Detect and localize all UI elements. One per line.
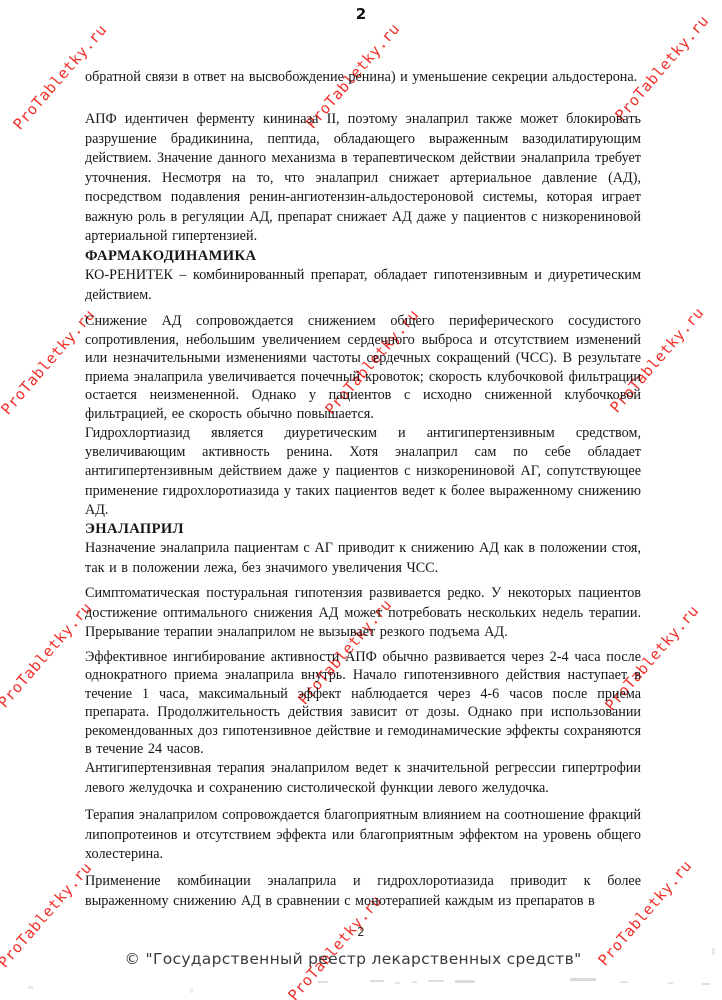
scan-artifact: [428, 980, 444, 982]
scan-artifact: [570, 978, 596, 981]
scan-artifact: [702, 983, 710, 985]
scan-artifact: [395, 982, 400, 984]
scan-artifact: [668, 982, 673, 984]
footer-state-registry: © "Государственный реестр лекарственных …: [0, 950, 706, 968]
watermark-protabletky: ProTabletky.ru: [0, 306, 99, 419]
scan-artifact: [318, 981, 328, 983]
heading-enalapril: ЭНАЛАПРИЛ: [85, 521, 641, 538]
scan-artifact: [455, 980, 475, 983]
scan-artifact: [712, 948, 715, 955]
page-number-bottom: 2: [0, 925, 722, 939]
body-paragraph-renin-feedback: обратной связи в ответ на высвобождение …: [85, 68, 641, 88]
heading-pharmacodynamics: ФАРМАКОДИНАМИКА: [85, 248, 641, 265]
body-paragraph-ko-renitek: КО-РЕНИТЕК – комбинированный препарат, о…: [85, 266, 641, 305]
body-paragraph-lipoproteins: Терапия эналаприлом сопровождается благо…: [85, 806, 641, 865]
body-paragraph-enalapril-effect: Назначение эналаприла пациентам с АГ при…: [85, 539, 641, 578]
scan-artifact: [620, 981, 628, 983]
body-paragraph-combination: Применение комбинации эналаприла и гидро…: [85, 872, 641, 911]
body-paragraph-hypertrophy-regression: Антигипертензивная терапия эналаприлом в…: [85, 759, 641, 798]
page-number-top: 2: [0, 5, 722, 23]
body-paragraph-ad-decrease: Снижение АД сопровождается снижением общ…: [85, 312, 641, 424]
body-paragraph-apf-kininase: АПФ идентичен ферменту кининаза II, поэт…: [85, 110, 641, 247]
body-paragraph-postural-hypotension: Симптоматическая постуральная гипотензия…: [85, 584, 641, 643]
scan-artifact: [412, 981, 417, 983]
body-paragraph-ace-inhibition-timing: Эффективное ингибирование активности АПФ…: [85, 648, 641, 758]
scanned-document-page: ProTabletky.ruProTabletky.ruProTabletky.…: [0, 0, 722, 1000]
scan-artifact: [28, 986, 33, 989]
watermark-protabletky: ProTabletky.ru: [0, 599, 96, 712]
body-paragraph-hydrochlorothiazide: Гидрохлортиазид является диуретическим и…: [85, 424, 641, 520]
scan-artifact: [370, 980, 384, 982]
scan-artifact: [190, 988, 193, 993]
